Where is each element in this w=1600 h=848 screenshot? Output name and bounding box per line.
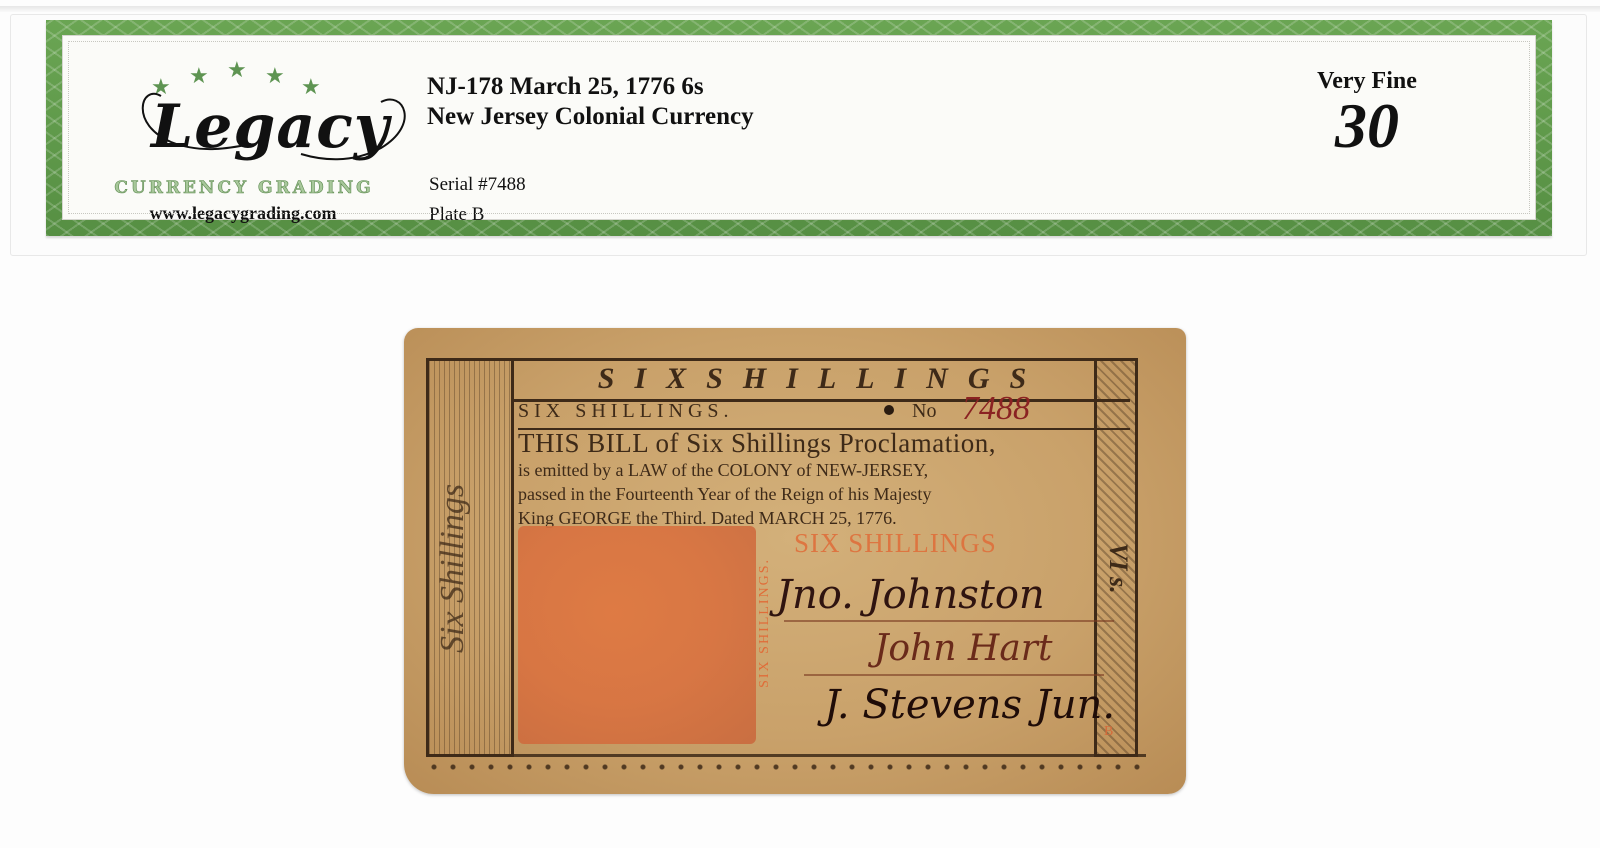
left-border-text: Six Shillings xyxy=(434,448,504,688)
serial-number: Serial #7488 xyxy=(429,174,526,196)
plate-letter-label: Plate B xyxy=(429,204,484,226)
signature-line xyxy=(804,674,1104,676)
right-border-text: VI s. xyxy=(1103,543,1133,594)
signature-2: John Hart xyxy=(874,628,1052,669)
dot-ornament-icon xyxy=(884,405,894,415)
note-text-line: THIS BILL of Six Shillings Proclamation, xyxy=(518,428,1130,458)
red-vertical-text: SIX SHILLINGS. xyxy=(757,558,773,688)
grade-name: Very Fine xyxy=(1287,68,1447,95)
note-text-line: is emitted by a LAW of the COLONY of NEW… xyxy=(518,458,1130,482)
note-text-line: passed in the Fourteenth Year of the Rei… xyxy=(518,482,1130,506)
logo-flourish-icon xyxy=(131,84,411,184)
holder-top-edge xyxy=(0,6,1600,12)
star-icon: ★ xyxy=(265,65,285,87)
denomination-row: SIX SHILLINGS. No 7488 xyxy=(518,400,1130,430)
logo-tagline: CURRENCY GRADING xyxy=(91,178,397,198)
denomination-banner: SIXSHILLINGS xyxy=(514,358,1130,402)
logo-wordmark: Legacy xyxy=(151,92,390,162)
logo: Legacy xyxy=(131,84,411,184)
note-description: NJ-178 March 25, 1776 6s New Jersey Colo… xyxy=(427,72,754,132)
red-overprint: SIX SHILLINGS xyxy=(794,528,997,559)
grade-number: 30 xyxy=(1307,86,1427,166)
label-inner-panel: ★ ★ ★ ★ ★ Legacy CURRENCY GRADING www.le… xyxy=(62,35,1536,220)
star-icon: ★ xyxy=(151,76,171,98)
logo-url[interactable]: www.legacygrading.com xyxy=(93,203,393,224)
signature-line xyxy=(784,620,1114,622)
red-seal-block xyxy=(518,526,756,744)
handwritten-serial: 7488 xyxy=(962,390,1030,428)
grading-label: ★ ★ ★ ★ ★ Legacy CURRENCY GRADING www.le… xyxy=(46,20,1552,236)
signature-1: Jno. Johnston xyxy=(776,572,1045,618)
note-body-text: THIS BILL of Six Shillings Proclamation,… xyxy=(518,428,1130,530)
catalog-subtitle: New Jersey Colonial Currency xyxy=(427,102,754,132)
star-icon: ★ xyxy=(227,59,247,81)
catalog-title: NJ-178 March 25, 1776 6s xyxy=(427,72,754,102)
logo-stars: ★ ★ ★ ★ ★ xyxy=(151,62,351,102)
colonial-note-image: Six Shillings VI s. SIXSHILLINGS SIX SHI… xyxy=(404,328,1186,794)
denomination-text: SIX SHILLINGS. xyxy=(518,400,734,423)
note-plate-letter: B xyxy=(1104,724,1113,740)
signature-3: J. Stevens Jun. xyxy=(824,682,1115,728)
star-icon: ★ xyxy=(301,76,321,98)
serial-no-label: No xyxy=(912,400,936,423)
star-icon: ★ xyxy=(189,65,209,87)
bottom-border-ornament xyxy=(426,754,1146,779)
